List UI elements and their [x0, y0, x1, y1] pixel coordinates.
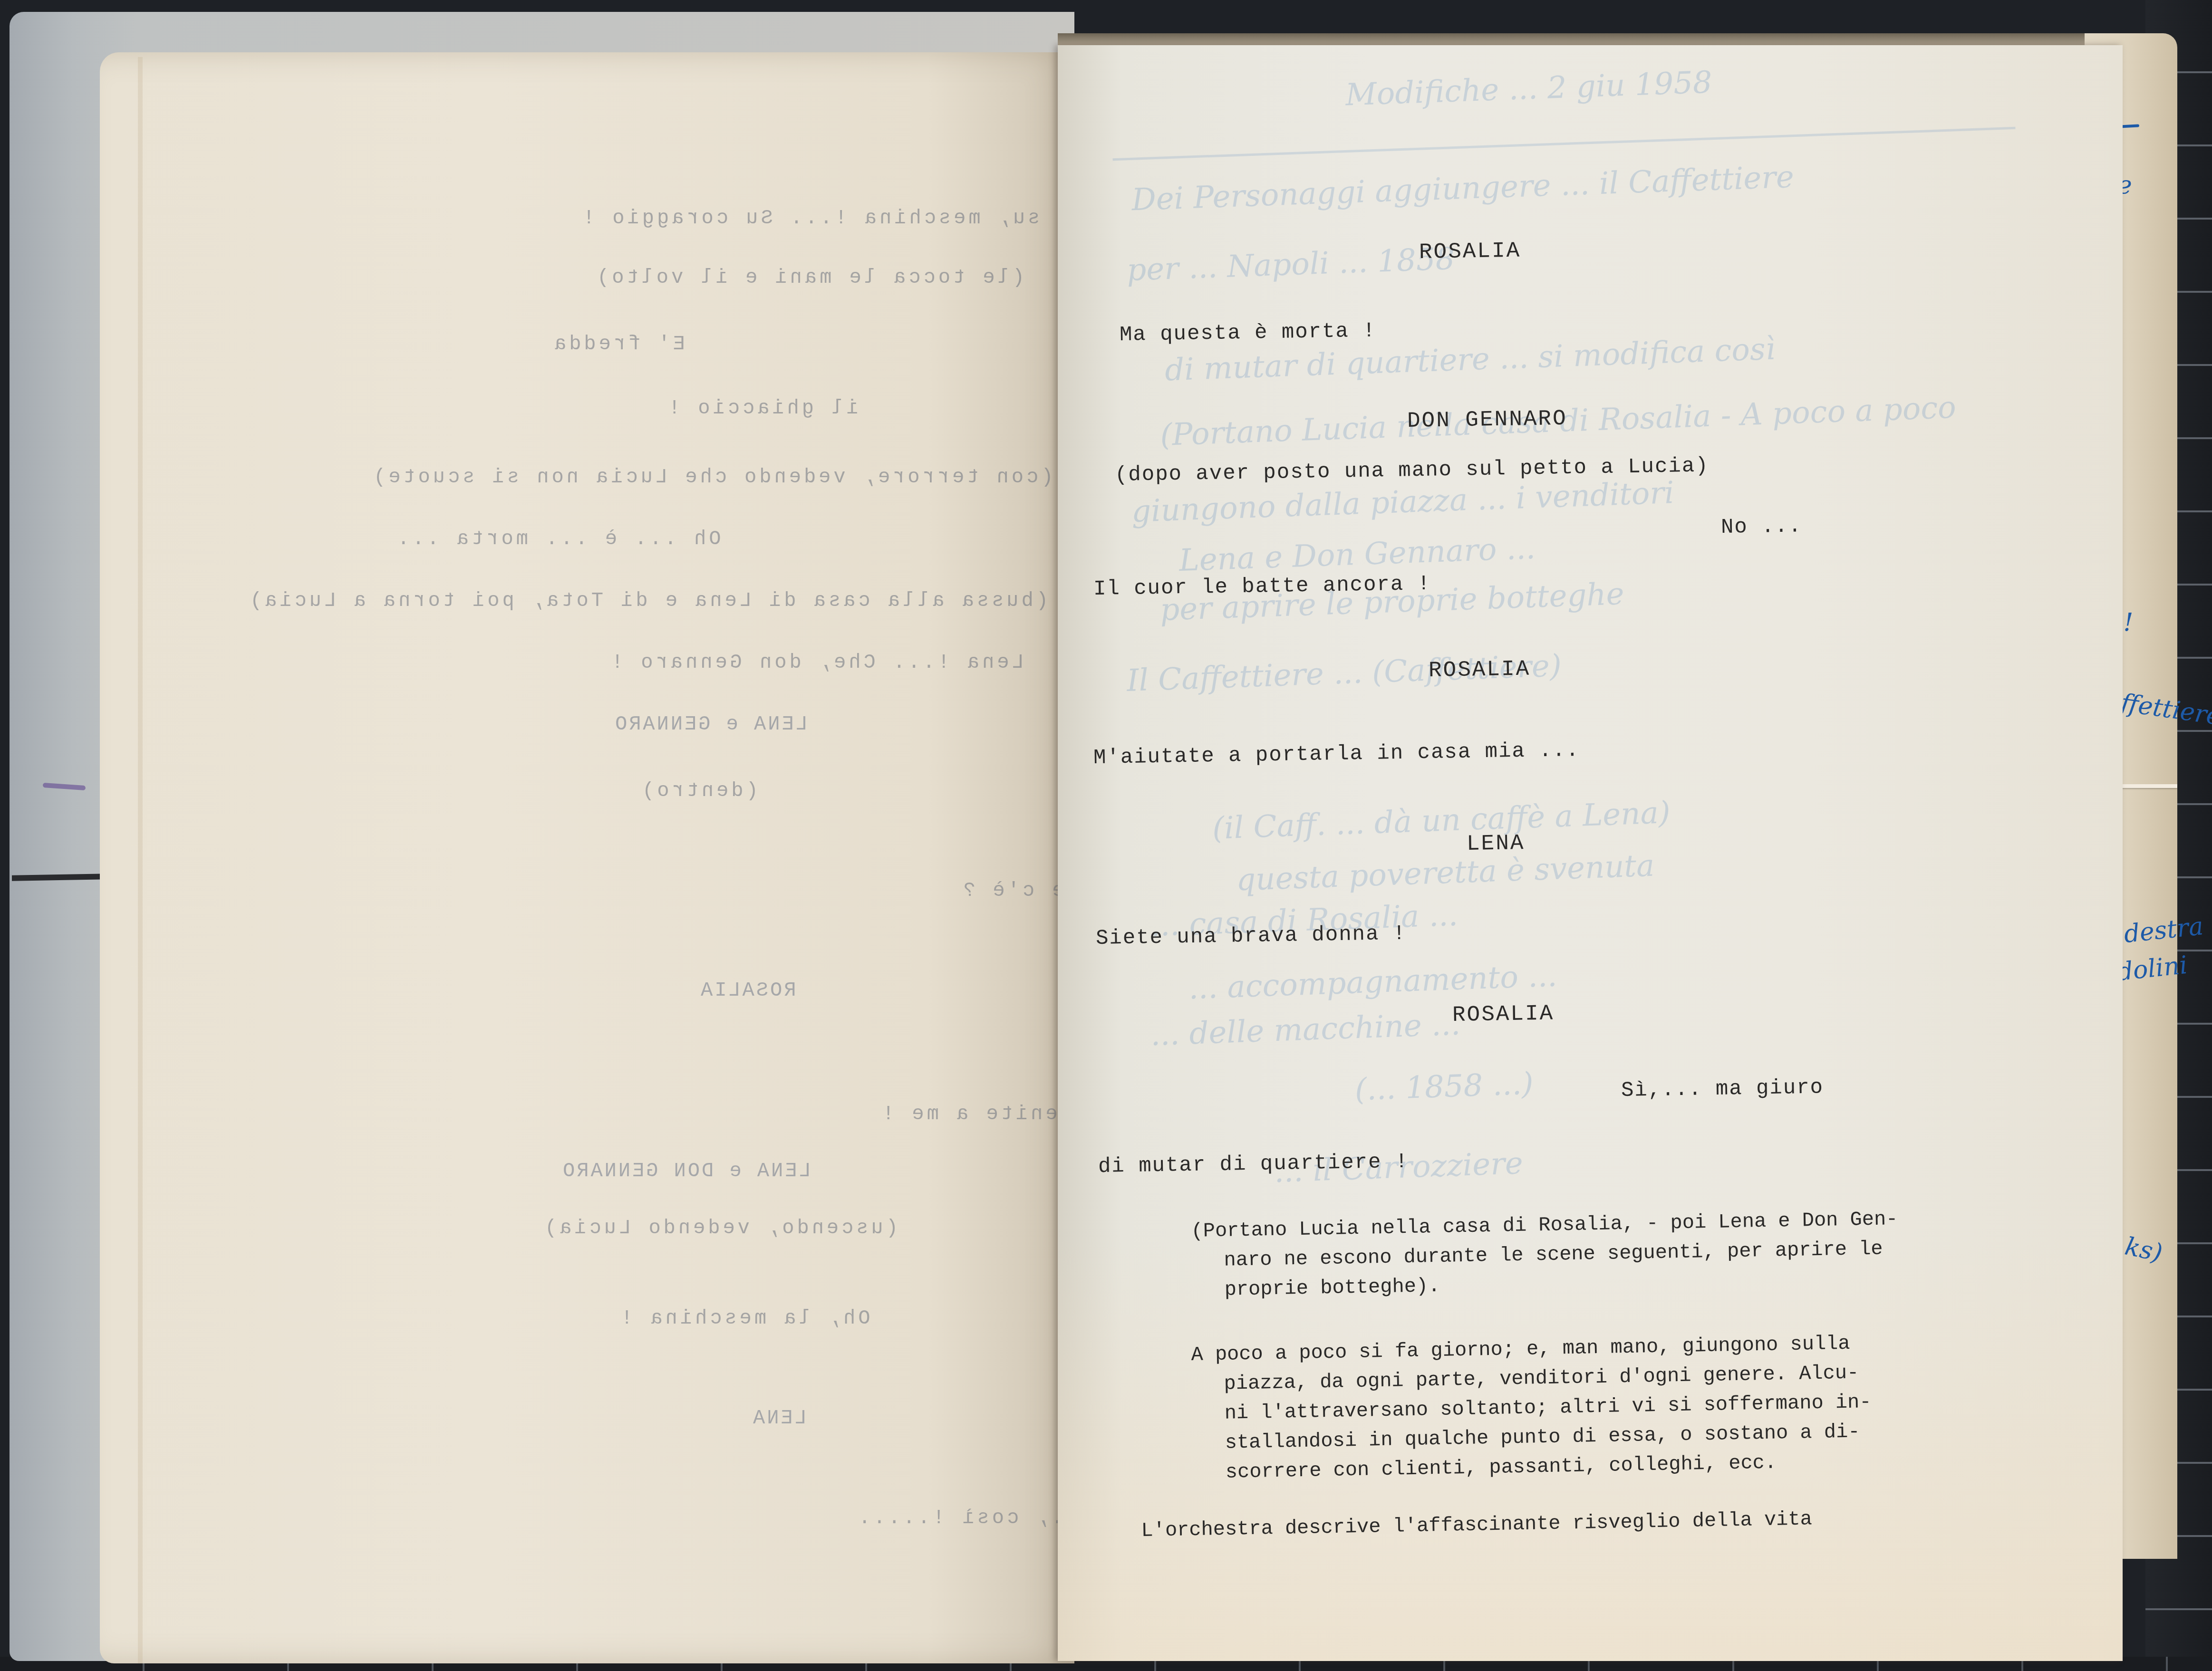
dialogue-line: di mutar di quartiere !	[1098, 1150, 1409, 1179]
showthrough-line: Lena !... Che, don Gennaro !	[609, 651, 1024, 674]
stage-direction-block: A poco a poco si fa giorno; e, man mano,…	[1191, 1325, 2077, 1488]
speaker-name: ROSALIA	[1429, 657, 1531, 683]
showthrough-line: (bussa alla casa di Lena e di Tota, poi …	[247, 589, 1048, 612]
showthrough-line: ...., su, meschina !... Su coraggio !	[580, 207, 1129, 230]
showthrough-speaker: LENA e GENNARO	[613, 713, 808, 736]
left-page	[100, 52, 1074, 1663]
showthrough-speaker: LENA	[751, 1407, 807, 1430]
showthrough-line: Oh ... è ... morta ...	[395, 528, 721, 550]
showthrough-line: (Venite a me !	[879, 1103, 1087, 1125]
dialogue-line: Siete una brava donna !	[1096, 922, 1407, 951]
left-page-fold-line	[138, 57, 143, 1663]
showthrough-line: (le tocca le mani e il volto)	[594, 266, 1024, 289]
dialogue-line: No ...	[1721, 514, 1802, 539]
dialogue-line: Ma questa è morta !	[1120, 319, 1376, 347]
speaker-name: ROSALIA	[1452, 1001, 1555, 1028]
showthrough-line: (con terrore, vedendo che Lucia non si s…	[371, 466, 1053, 489]
speaker-name: ROSALIA	[1419, 239, 1521, 265]
showthrough-line: Oh, la meschina !	[618, 1307, 870, 1330]
showthrough-line: (dentro)	[639, 779, 758, 802]
showthrough-speaker: LENA e DON GENNARO	[561, 1160, 811, 1182]
showthrough-line: il ghiaccio !	[666, 397, 859, 420]
showthrough-line: E' fredda	[551, 333, 685, 355]
handwriting-showthrough: (... 1858 ...)	[1354, 1066, 1534, 1107]
dialogue-line: Sì,... ma giuro	[1621, 1076, 1824, 1103]
stage-direction-block: (Portano Lucia nella casa di Rosalia, - …	[1191, 1201, 2077, 1305]
speaker-name: DON GENNARO	[1407, 406, 1567, 433]
speaker-name: LENA	[1467, 831, 1525, 856]
showthrough-line: (uscendo, vedendo Lucia)	[542, 1217, 898, 1239]
showthrough-speaker: ROSALIA	[699, 979, 796, 1002]
